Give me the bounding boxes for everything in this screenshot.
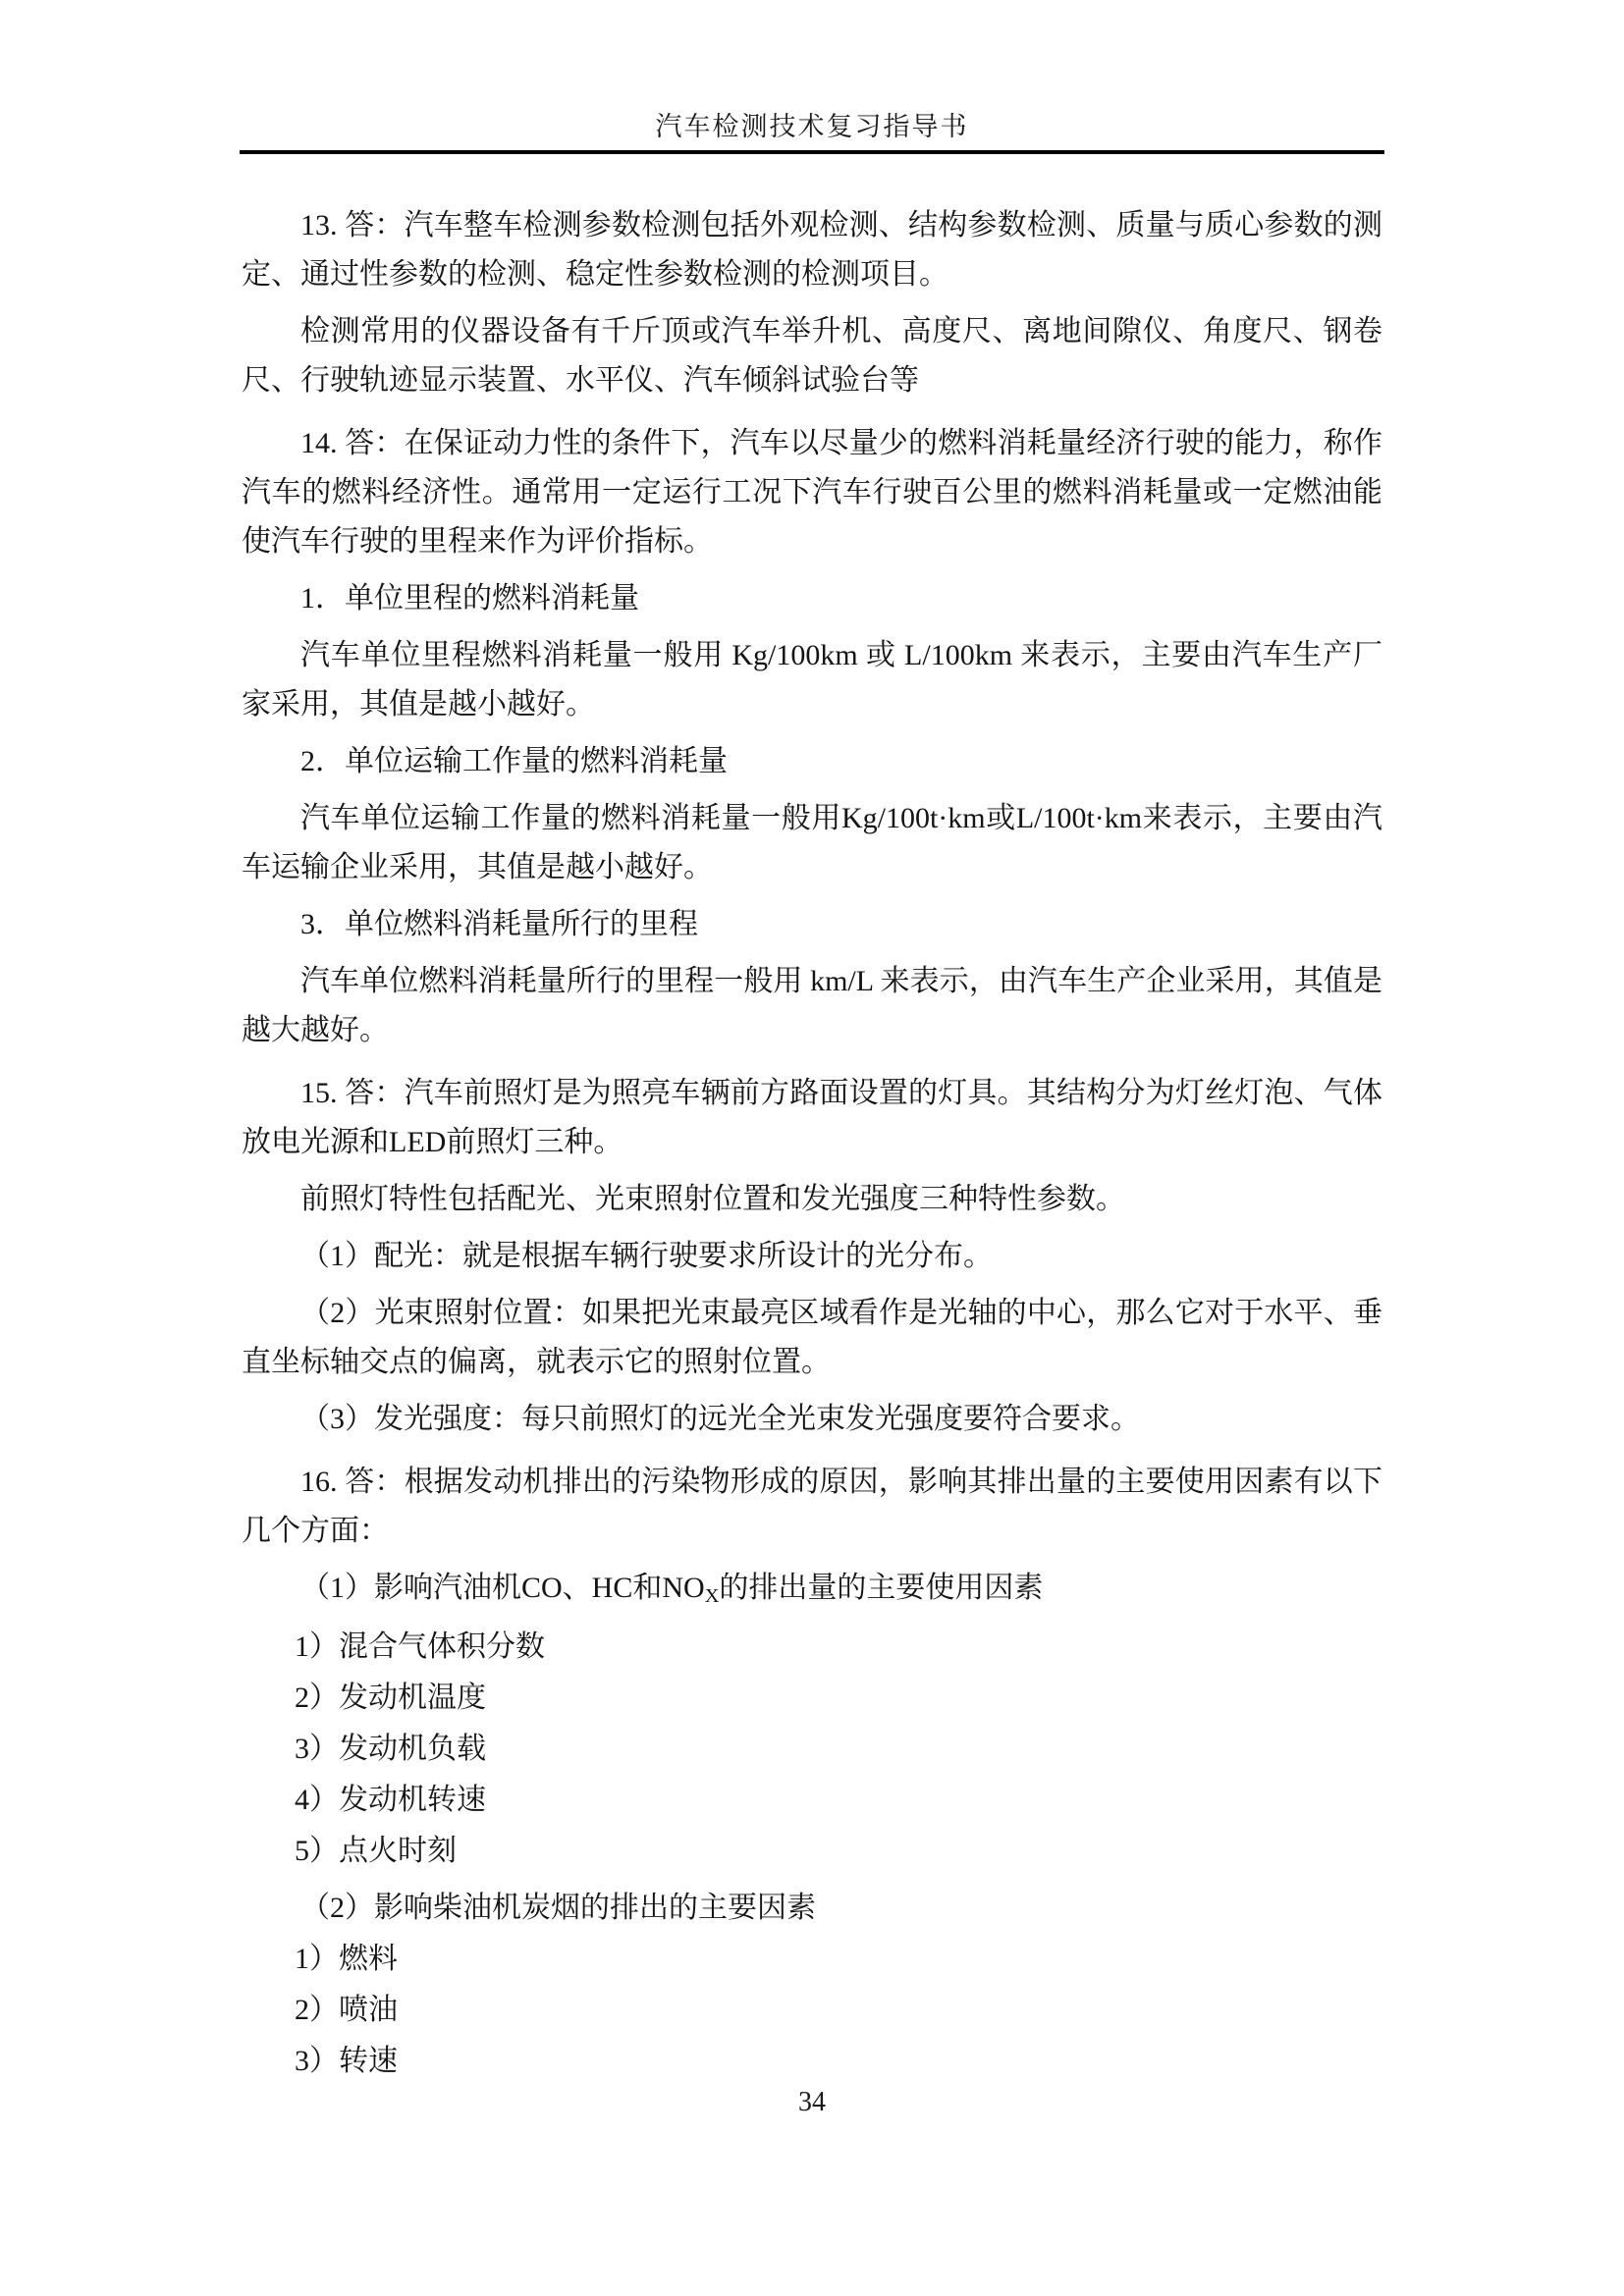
text-run: 汽车单位里程燃料消耗量一般用 Kg/100km 或 L/100km 来表示，主要…	[242, 639, 1382, 721]
paragraph: 汽车单位燃料消耗量所行的里程一般用 km/L 来表示，由汽车生产企业采用，其值是…	[242, 957, 1382, 1055]
text-run: 16. 答：根据发动机排出的污染物形成的原因，影响其排出量的主要使用因素有以下几…	[242, 1466, 1382, 1547]
text-run: 4）发动机转速	[295, 1784, 486, 1816]
text-run: （1）配光：就是根据车辆行驶要求所设计的光分布。	[300, 1240, 993, 1272]
text-run: 2．单位运输工作量的燃料消耗量	[300, 745, 728, 777]
text-run: 1．单位里程的燃料消耗量	[300, 582, 639, 614]
text-run: 14. 答：在保证动力性的条件下，汽车以尽量少的燃料消耗量经济行驶的能力，称作汽…	[242, 427, 1382, 558]
text-run: （1）影响汽油机CO、HC和NO	[300, 1572, 705, 1604]
paragraph: 13. 答：汽车整车检测参数检测包括外观检测、结构参数检测、质量与质心参数的测定…	[242, 201, 1382, 299]
paragraph: 3．单位燃料消耗量所行的里程	[242, 900, 1382, 949]
document-page: 汽车检测技术复习指导书 13. 答：汽车整车检测参数检测包括外观检测、结构参数检…	[0, 0, 1624, 2296]
paragraph: 5）点火时刻	[242, 1827, 1382, 1876]
text-run: 汽车单位运输工作量的燃料消耗量一般用Kg/100t·km或L/100t·km来表…	[242, 802, 1382, 883]
document-body: 13. 答：汽车整车检测参数检测包括外观检测、结构参数检测、质量与质心参数的测定…	[242, 201, 1382, 2086]
subscript-text-run: X	[705, 1585, 720, 1607]
paragraph: 3）转速	[242, 2037, 1382, 2086]
paragraph: 1）混合气体积分数	[242, 1623, 1382, 1672]
text-run: 13. 答：汽车整车检测参数检测包括外观检测、结构参数检测、质量与质心参数的测定…	[242, 209, 1382, 291]
page-number: 34	[798, 2087, 826, 2117]
text-run: （2）光束照射位置：如果把光束最亮区域看作是光轴的中心，那么它对于水平、垂直坐标…	[242, 1297, 1382, 1378]
text-run: 前照灯特性包括配光、光束照射位置和发光强度三种特性参数。	[300, 1183, 1125, 1215]
page-footer: 34	[0, 2087, 1624, 2118]
paragraph: 3）发动机负载	[242, 1725, 1382, 1774]
paragraph: 1）燃料	[242, 1935, 1382, 1984]
paragraph: 1．单位里程的燃料消耗量	[242, 574, 1382, 623]
paragraph: 前照灯特性包括配光、光束照射位置和发光强度三种特性参数。	[242, 1175, 1382, 1224]
paragraph: 汽车单位运输工作量的燃料消耗量一般用Kg/100t·km或L/100t·km来表…	[242, 794, 1382, 892]
paragraph: 15. 答：汽车前照灯是为照亮车辆前方路面设置的灯具。其结构分为灯丝灯泡、气体放…	[242, 1069, 1382, 1167]
text-run: 15. 答：汽车前照灯是为照亮车辆前方路面设置的灯具。其结构分为灯丝灯泡、气体放…	[242, 1077, 1382, 1158]
paragraph: 4）发动机转速	[242, 1776, 1382, 1825]
paragraph: 检测常用的仪器设备有千斤顶或汽车举升机、高度尺、离地间隙仪、角度尺、钢卷尺、行驶…	[242, 307, 1382, 405]
text-run: 1）燃料	[295, 1943, 398, 1975]
text-run: （2）影响柴油机炭烟的排出的主要因素	[300, 1892, 816, 1924]
text-run: 5）点火时刻	[295, 1835, 457, 1867]
text-run: 3）发动机负载	[295, 1733, 486, 1765]
paragraph: （2）光束照射位置：如果把光束最亮区域看作是光轴的中心，那么它对于水平、垂直坐标…	[242, 1289, 1382, 1387]
paragraph: 2）喷油	[242, 1986, 1382, 2035]
text-run: （3）发光强度：每只前照灯的远光全光束发光强度要符合要求。	[300, 1403, 1140, 1435]
text-run: 2）发动机温度	[295, 1682, 486, 1714]
text-run: 检测常用的仪器设备有千斤顶或汽车举升机、高度尺、离地间隙仪、角度尺、钢卷尺、行驶…	[242, 315, 1382, 397]
paragraph: （3）发光强度：每只前照灯的远光全光束发光强度要符合要求。	[242, 1395, 1382, 1444]
paragraph: 2．单位运输工作量的燃料消耗量	[242, 737, 1382, 786]
paragraph: （1）配光：就是根据车辆行驶要求所设计的光分布。	[242, 1232, 1382, 1281]
paragraph: （1）影响汽油机CO、HC和NOX的排出量的主要使用因素	[242, 1564, 1382, 1621]
text-run: 1）混合气体积分数	[295, 1630, 545, 1663]
text-run: 汽车单位燃料消耗量所行的里程一般用 km/L 来表示，由汽车生产企业采用，其值是…	[242, 965, 1382, 1046]
page-header: 汽车检测技术复习指导书	[0, 0, 1624, 154]
header-title: 汽车检测技术复习指导书	[0, 110, 1624, 143]
paragraph: 2）发动机温度	[242, 1674, 1382, 1723]
paragraph: 14. 答：在保证动力性的条件下，汽车以尽量少的燃料消耗量经济行驶的能力，称作汽…	[242, 419, 1382, 566]
text-run: 的排出量的主要使用因素	[719, 1572, 1043, 1604]
paragraph: （2）影响柴油机炭烟的排出的主要因素	[242, 1884, 1382, 1933]
text-run: 2）喷油	[295, 1994, 398, 2026]
paragraph: 汽车单位里程燃料消耗量一般用 Kg/100km 或 L/100km 来表示，主要…	[242, 631, 1382, 729]
text-run: 3．单位燃料消耗量所行的里程	[300, 908, 698, 940]
text-run: 3）转速	[295, 2045, 398, 2077]
paragraph: 16. 答：根据发动机排出的污染物形成的原因，影响其排出量的主要使用因素有以下几…	[242, 1458, 1382, 1556]
header-rule	[240, 150, 1384, 154]
